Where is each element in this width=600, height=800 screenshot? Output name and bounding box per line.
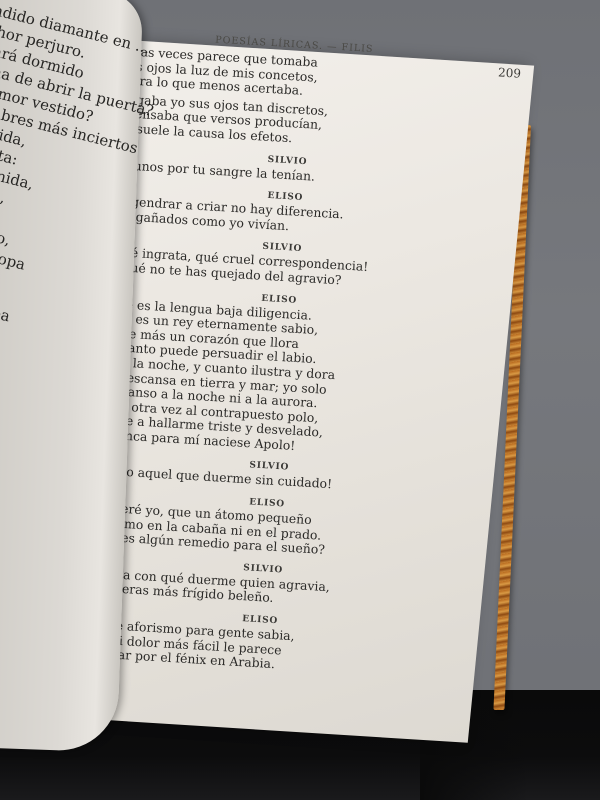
verse-block: Otras veces parece que tomabade sus ojos… xyxy=(99,43,544,160)
right-page-content: POESÍAS LÍRICAS. — FILIS 209 Otras veces… xyxy=(67,28,544,686)
verse-block: ELISOPorque es la lengua baja diligencia… xyxy=(80,283,529,467)
page-number: 209 xyxy=(498,65,522,80)
